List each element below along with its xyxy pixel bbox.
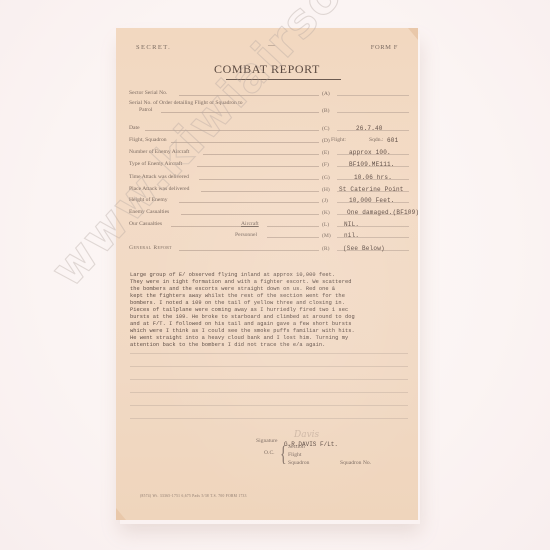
- classification-label: SECRET.: [136, 44, 171, 51]
- field-label: Height of Enemy: [129, 197, 168, 203]
- value-line: [337, 112, 409, 113]
- ruled-line: [130, 418, 408, 419]
- field-label: Number of Enemy Aircraft: [129, 149, 189, 155]
- report-line: They were in tight formation and with a …: [130, 279, 410, 286]
- field-key: (D): [322, 138, 330, 144]
- ruled-line: [130, 392, 408, 393]
- printer-imprint: (8574) Wt. 33365-1751 6,675 Pads 5/38 T.…: [140, 494, 247, 498]
- squadron-label: Sqdn.:: [369, 137, 383, 143]
- field-label: Place Attack was delivered: [129, 186, 189, 192]
- report-line: bombers. I noted a 109 on the tail of ye…: [130, 300, 410, 307]
- field-key: (L): [322, 222, 329, 228]
- leader-line: [179, 250, 319, 251]
- leader-line: [181, 214, 319, 215]
- field-label: Time Attack was delivered: [129, 174, 189, 180]
- field-label: General Report: [129, 245, 172, 251]
- ruled-line: [130, 405, 408, 406]
- form-title: COMBAT REPORT: [116, 62, 418, 77]
- enemy-casualties-value: One damaged.(BF109): [347, 209, 419, 216]
- ruled-line: [130, 353, 408, 354]
- field-label: Our Casualties: [129, 221, 162, 227]
- ruled-line: [130, 379, 408, 380]
- personnel-label: Personnel: [235, 232, 257, 238]
- field-enemy-casualties: Enemy Casualties (K) One damaged.(BF109): [129, 206, 409, 218]
- leader-line: [179, 202, 319, 203]
- attack-time-value: 10.06 hrs.: [354, 174, 392, 181]
- leader-line: [203, 154, 319, 155]
- aircraft-casualties-value: NIL.: [344, 221, 359, 228]
- signature-block: Davis Signature G.R.DAVIS F/Lt. O.C. { S…: [116, 428, 418, 478]
- attack-place-value: St Caterine Point: [339, 186, 404, 193]
- oc-option-squadron: Squadron: [288, 460, 309, 466]
- oc-label: O.C.: [264, 450, 275, 456]
- field-key: (E): [322, 150, 329, 156]
- field-label: Date: [129, 125, 140, 131]
- oc-option-section: Section: [288, 444, 305, 450]
- squadron-value: 601: [387, 137, 398, 144]
- personnel-casualties-value: nil.: [344, 232, 359, 239]
- field-key: (K): [322, 210, 330, 216]
- leader-line: [197, 166, 319, 167]
- value-line: [337, 95, 409, 96]
- field-enemy-height: Height of Enemy (J) 10,000 Feet.: [129, 194, 409, 206]
- general-report-text: Large group of E/ observed flying inland…: [130, 272, 410, 350]
- report-line: Large group of E/ observed flying inland…: [130, 272, 410, 279]
- leader-line: [145, 130, 319, 131]
- field-attack-time: Time Attack was delivered (G) 10.06 hrs.: [129, 171, 409, 183]
- leader-line: [267, 226, 319, 227]
- date-value: 26.7.40: [356, 125, 383, 132]
- field-key: (G): [322, 175, 330, 181]
- folded-corner-bottom-left: [116, 508, 126, 520]
- enemy-count-value: approx 100.: [349, 149, 391, 156]
- field-key: (H): [322, 187, 330, 193]
- leader-line: [199, 179, 319, 180]
- field-order-serial: Patrol (B): [129, 104, 409, 116]
- leader-line: [267, 237, 319, 238]
- aircraft-label: Aircraft: [241, 221, 259, 227]
- report-line: Pieces of tailplane were coming away as …: [130, 307, 410, 314]
- general-report-value: (See Below): [343, 245, 385, 252]
- field-key: (J): [322, 198, 328, 204]
- report-line: bursts at the 109. He broke to starboard…: [130, 314, 410, 321]
- report-line: He went straight into a heavy cloud bank…: [130, 335, 410, 342]
- leader-line: [201, 191, 319, 192]
- report-line: which were I think as I could see the sm…: [130, 328, 410, 335]
- report-line: and at F/T. I followed on his tail and a…: [130, 321, 410, 328]
- combat-report-form: SECRET. — FORM F COMBAT REPORT Sector Se…: [116, 28, 418, 520]
- signature-label: Signature: [256, 438, 277, 444]
- field-our-casualties-personnel: Personnel (M) nil.: [129, 229, 409, 241]
- handwritten-signature: Davis: [294, 430, 319, 440]
- field-date: Date (C) 26.7.40: [129, 122, 409, 134]
- leader-line: [171, 142, 319, 143]
- enemy-height-value: 10,000 Feet.: [349, 197, 395, 204]
- enemy-type-value: BF109.ME111.: [349, 161, 395, 168]
- field-flight-squadron: Flight, Squadron (D) Flight: Sqdn.: 601: [129, 134, 409, 146]
- oc-option-flight: Flight: [288, 452, 301, 458]
- field-label: Type of Enemy Aircraft: [129, 161, 182, 167]
- field-label-cont: Patrol: [139, 107, 152, 113]
- report-line: kept the fighters away whilst the rest o…: [130, 293, 410, 300]
- leader-line: [161, 112, 319, 113]
- brace-icon: {: [280, 443, 286, 465]
- flight-label: Flight:: [331, 137, 346, 143]
- field-enemy-count: Number of Enemy Aircraft (E) approx 100.: [129, 146, 409, 158]
- field-label: Sector Serial No.: [129, 90, 167, 96]
- folded-corner-top-right: [408, 28, 418, 40]
- squadron-no-label: Squadron No.: [340, 460, 371, 466]
- field-label: Enemy Casualties: [129, 209, 169, 215]
- report-line: attention back to the bombers I did not …: [130, 342, 410, 349]
- field-key: (B): [322, 108, 329, 114]
- field-enemy-type: Type of Enemy Aircraft (F) BF109.ME111.: [129, 158, 409, 170]
- header-dash: —: [268, 41, 275, 49]
- field-key: (R): [322, 246, 329, 252]
- report-line: the bombers and the escorts were straigh…: [130, 286, 410, 293]
- ruled-line: [130, 366, 408, 367]
- field-label: Flight, Squadron: [129, 137, 167, 143]
- form-id: FORM F: [371, 44, 398, 51]
- leader-line: [179, 95, 319, 96]
- field-key: (F): [322, 162, 329, 168]
- leader-line: [171, 226, 241, 227]
- field-general-report: General Report (R) (See Below): [129, 242, 409, 254]
- title-underline: [226, 79, 341, 80]
- field-key: (M): [322, 233, 331, 239]
- field-key: (C): [322, 126, 329, 132]
